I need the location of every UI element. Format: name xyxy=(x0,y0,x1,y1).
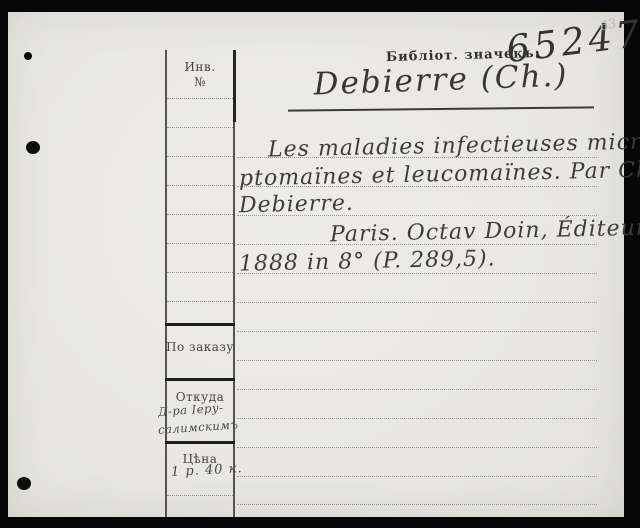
ruled-line-column xyxy=(167,214,233,215)
catalog-entry-line: Debierre. xyxy=(239,191,354,218)
catalog-entry-line: Paris. Octav Doin, Éditeur xyxy=(330,216,640,248)
catalog-card-paper: Библіот. значекъ: 65247 63 Debierre (Ch.… xyxy=(8,12,624,517)
ink-spot xyxy=(24,52,32,60)
inventory-number-label: Инв. № xyxy=(165,60,235,90)
ruled-line-column xyxy=(167,127,233,128)
ruled-line xyxy=(237,447,597,448)
title-underline xyxy=(288,106,594,111)
by-order-label: По заказу xyxy=(165,340,235,355)
ruled-line-column xyxy=(167,495,233,496)
ruled-line xyxy=(237,331,597,332)
ruled-line-column xyxy=(167,156,233,157)
ruled-line xyxy=(237,360,597,361)
ruled-line-column xyxy=(167,185,233,186)
inv-label-line2: № xyxy=(194,75,206,89)
card-title: Debierre (Ch.) xyxy=(287,57,594,104)
ruled-line-column xyxy=(167,243,233,244)
inv-label-line1: Инв. xyxy=(184,60,215,74)
section-divider xyxy=(165,323,235,326)
title-block: Debierre (Ch.) xyxy=(288,62,594,98)
section-divider xyxy=(165,378,235,381)
ruled-line xyxy=(237,418,597,419)
origin-handwritten-value: салимскимъ xyxy=(158,417,243,437)
ruled-line xyxy=(237,504,597,505)
ruled-line xyxy=(237,302,597,303)
ruled-line-column xyxy=(167,272,233,273)
ruled-line xyxy=(237,476,597,477)
column-border-left xyxy=(165,50,167,517)
hole-punch-bottom xyxy=(17,477,31,490)
ruled-line xyxy=(237,389,597,390)
scanned-catalog-card: { "scan": { "pencil_note": "63" }, "head… xyxy=(0,0,640,528)
ruled-line-column xyxy=(167,98,233,99)
hole-punch-top xyxy=(26,141,40,154)
ruled-line-column xyxy=(167,301,233,302)
section-divider xyxy=(165,441,235,444)
